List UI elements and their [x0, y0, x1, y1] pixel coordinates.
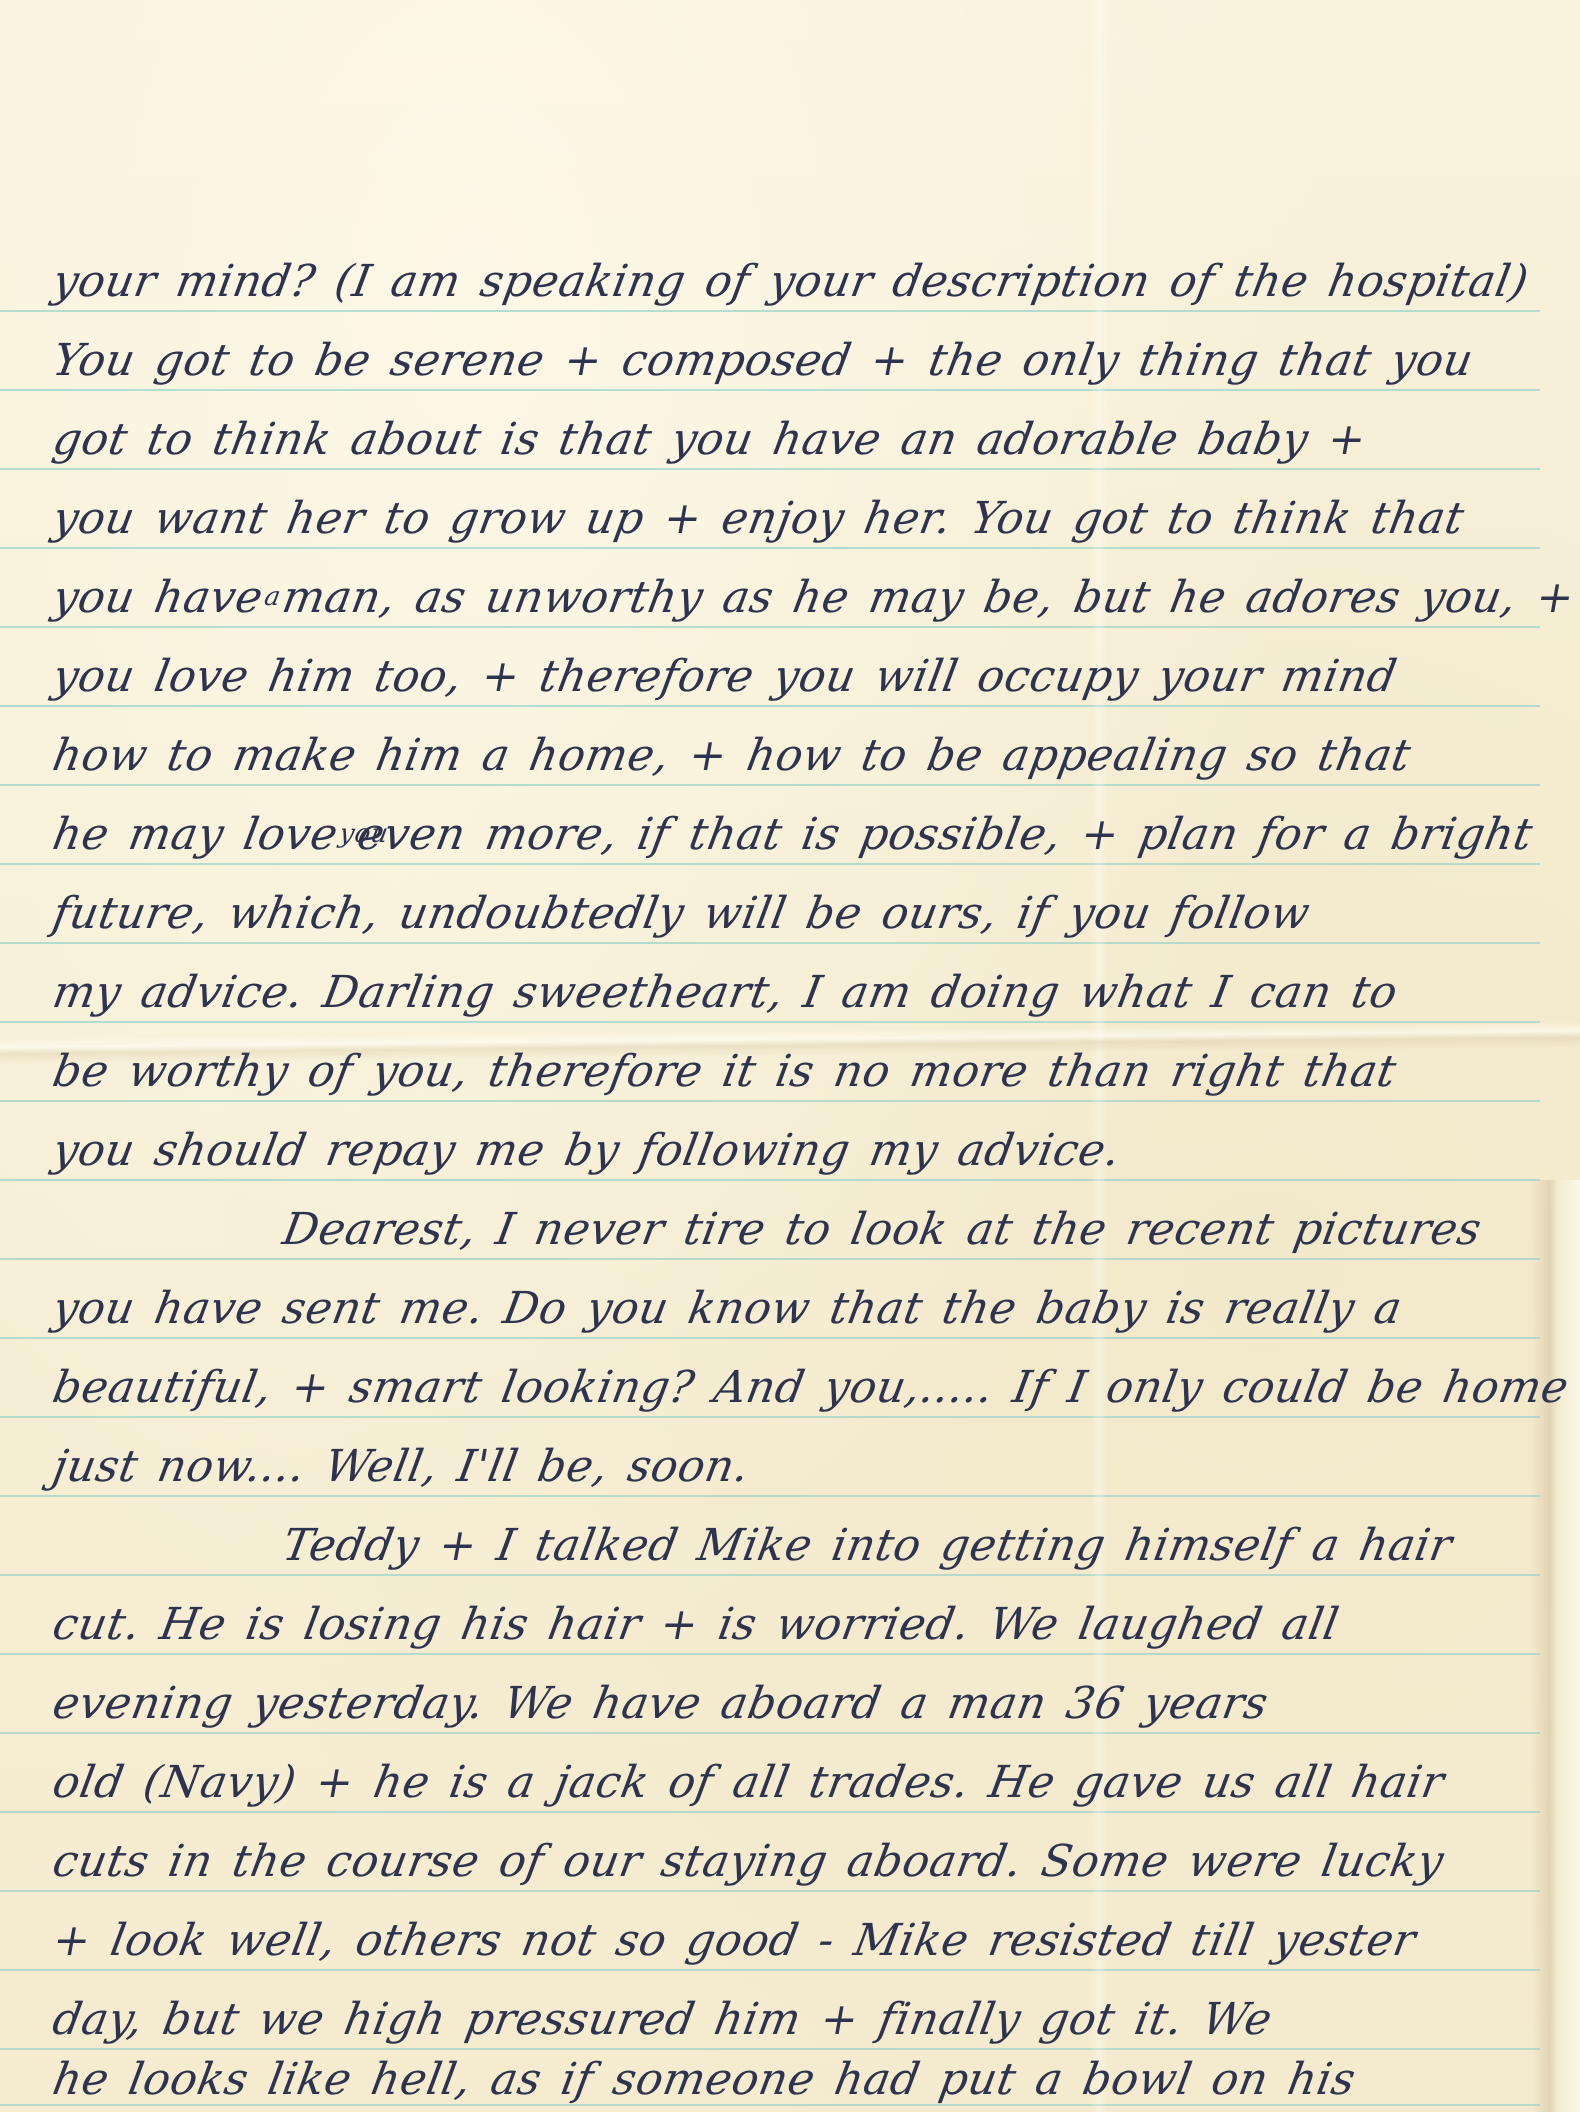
letter-line: beautiful, + smart looking? And you,....…: [48, 1358, 1559, 1418]
letter-line: he may loveyou even more, if that is pos…: [48, 805, 1559, 865]
letter-line: my advice. Darling sweetheart, I am doin…: [48, 963, 1559, 1023]
handwritten-text: your mind? (I am speaking of your descri…: [0, 0, 1580, 2112]
letter-line: just now.... Well, I'll be, soon.: [48, 1437, 1559, 1497]
letter-line: your mind? (I am speaking of your descri…: [48, 252, 1559, 312]
letter-line: you want her to grow up + enjoy her. You…: [48, 489, 1559, 549]
letter-line: cuts in the course of our staying aboard…: [48, 1832, 1559, 1892]
letter-line: future, which, undoubtedly will be ours,…: [48, 884, 1559, 944]
letter-line: day, but we high pressured him + finally…: [48, 1990, 1559, 2050]
letter-line: you havea man, as unworthy as he may be,…: [48, 568, 1559, 628]
line-text: he may love: [49, 809, 342, 860]
letter-line: got to think about is that you have an a…: [48, 410, 1559, 470]
letter-line-paragraph-start: Teddy + I talked Mike into getting himse…: [48, 1516, 1559, 1576]
letter-page: your mind? (I am speaking of your descri…: [0, 0, 1580, 2112]
letter-line: evening yesterday. We have aboard a man …: [48, 1674, 1559, 1734]
letter-line: how to make him a home, + how to be appe…: [48, 726, 1559, 786]
line-text: man, as unworthy as he may be, but he ad…: [258, 572, 1579, 623]
line-text: you have: [49, 572, 267, 623]
letter-line: he looks like hell, as if someone had pu…: [48, 2050, 1559, 2110]
inserted-word-text: you: [337, 821, 390, 847]
letter-line: + look well, others not so good - Mike r…: [48, 1911, 1559, 1971]
letter-line: old (Navy) + he is a jack of all trades.…: [48, 1753, 1559, 1813]
letter-line: you have sent me. Do you know that the b…: [48, 1279, 1559, 1339]
letter-line-paragraph-start: Dearest, I never tire to look at the rec…: [48, 1200, 1559, 1260]
letter-line: be worthy of you, therefore it is no mor…: [48, 1042, 1559, 1102]
line-text: even more, if that is possible, + plan f…: [333, 809, 1537, 860]
letter-line: you should repay me by following my advi…: [48, 1121, 1559, 1181]
letter-line: You got to be serene + composed + the on…: [48, 331, 1559, 391]
letter-line: cut. He is losing his hair + is worried.…: [48, 1595, 1559, 1655]
letter-line: you love him too, + therefore you will o…: [48, 647, 1559, 707]
